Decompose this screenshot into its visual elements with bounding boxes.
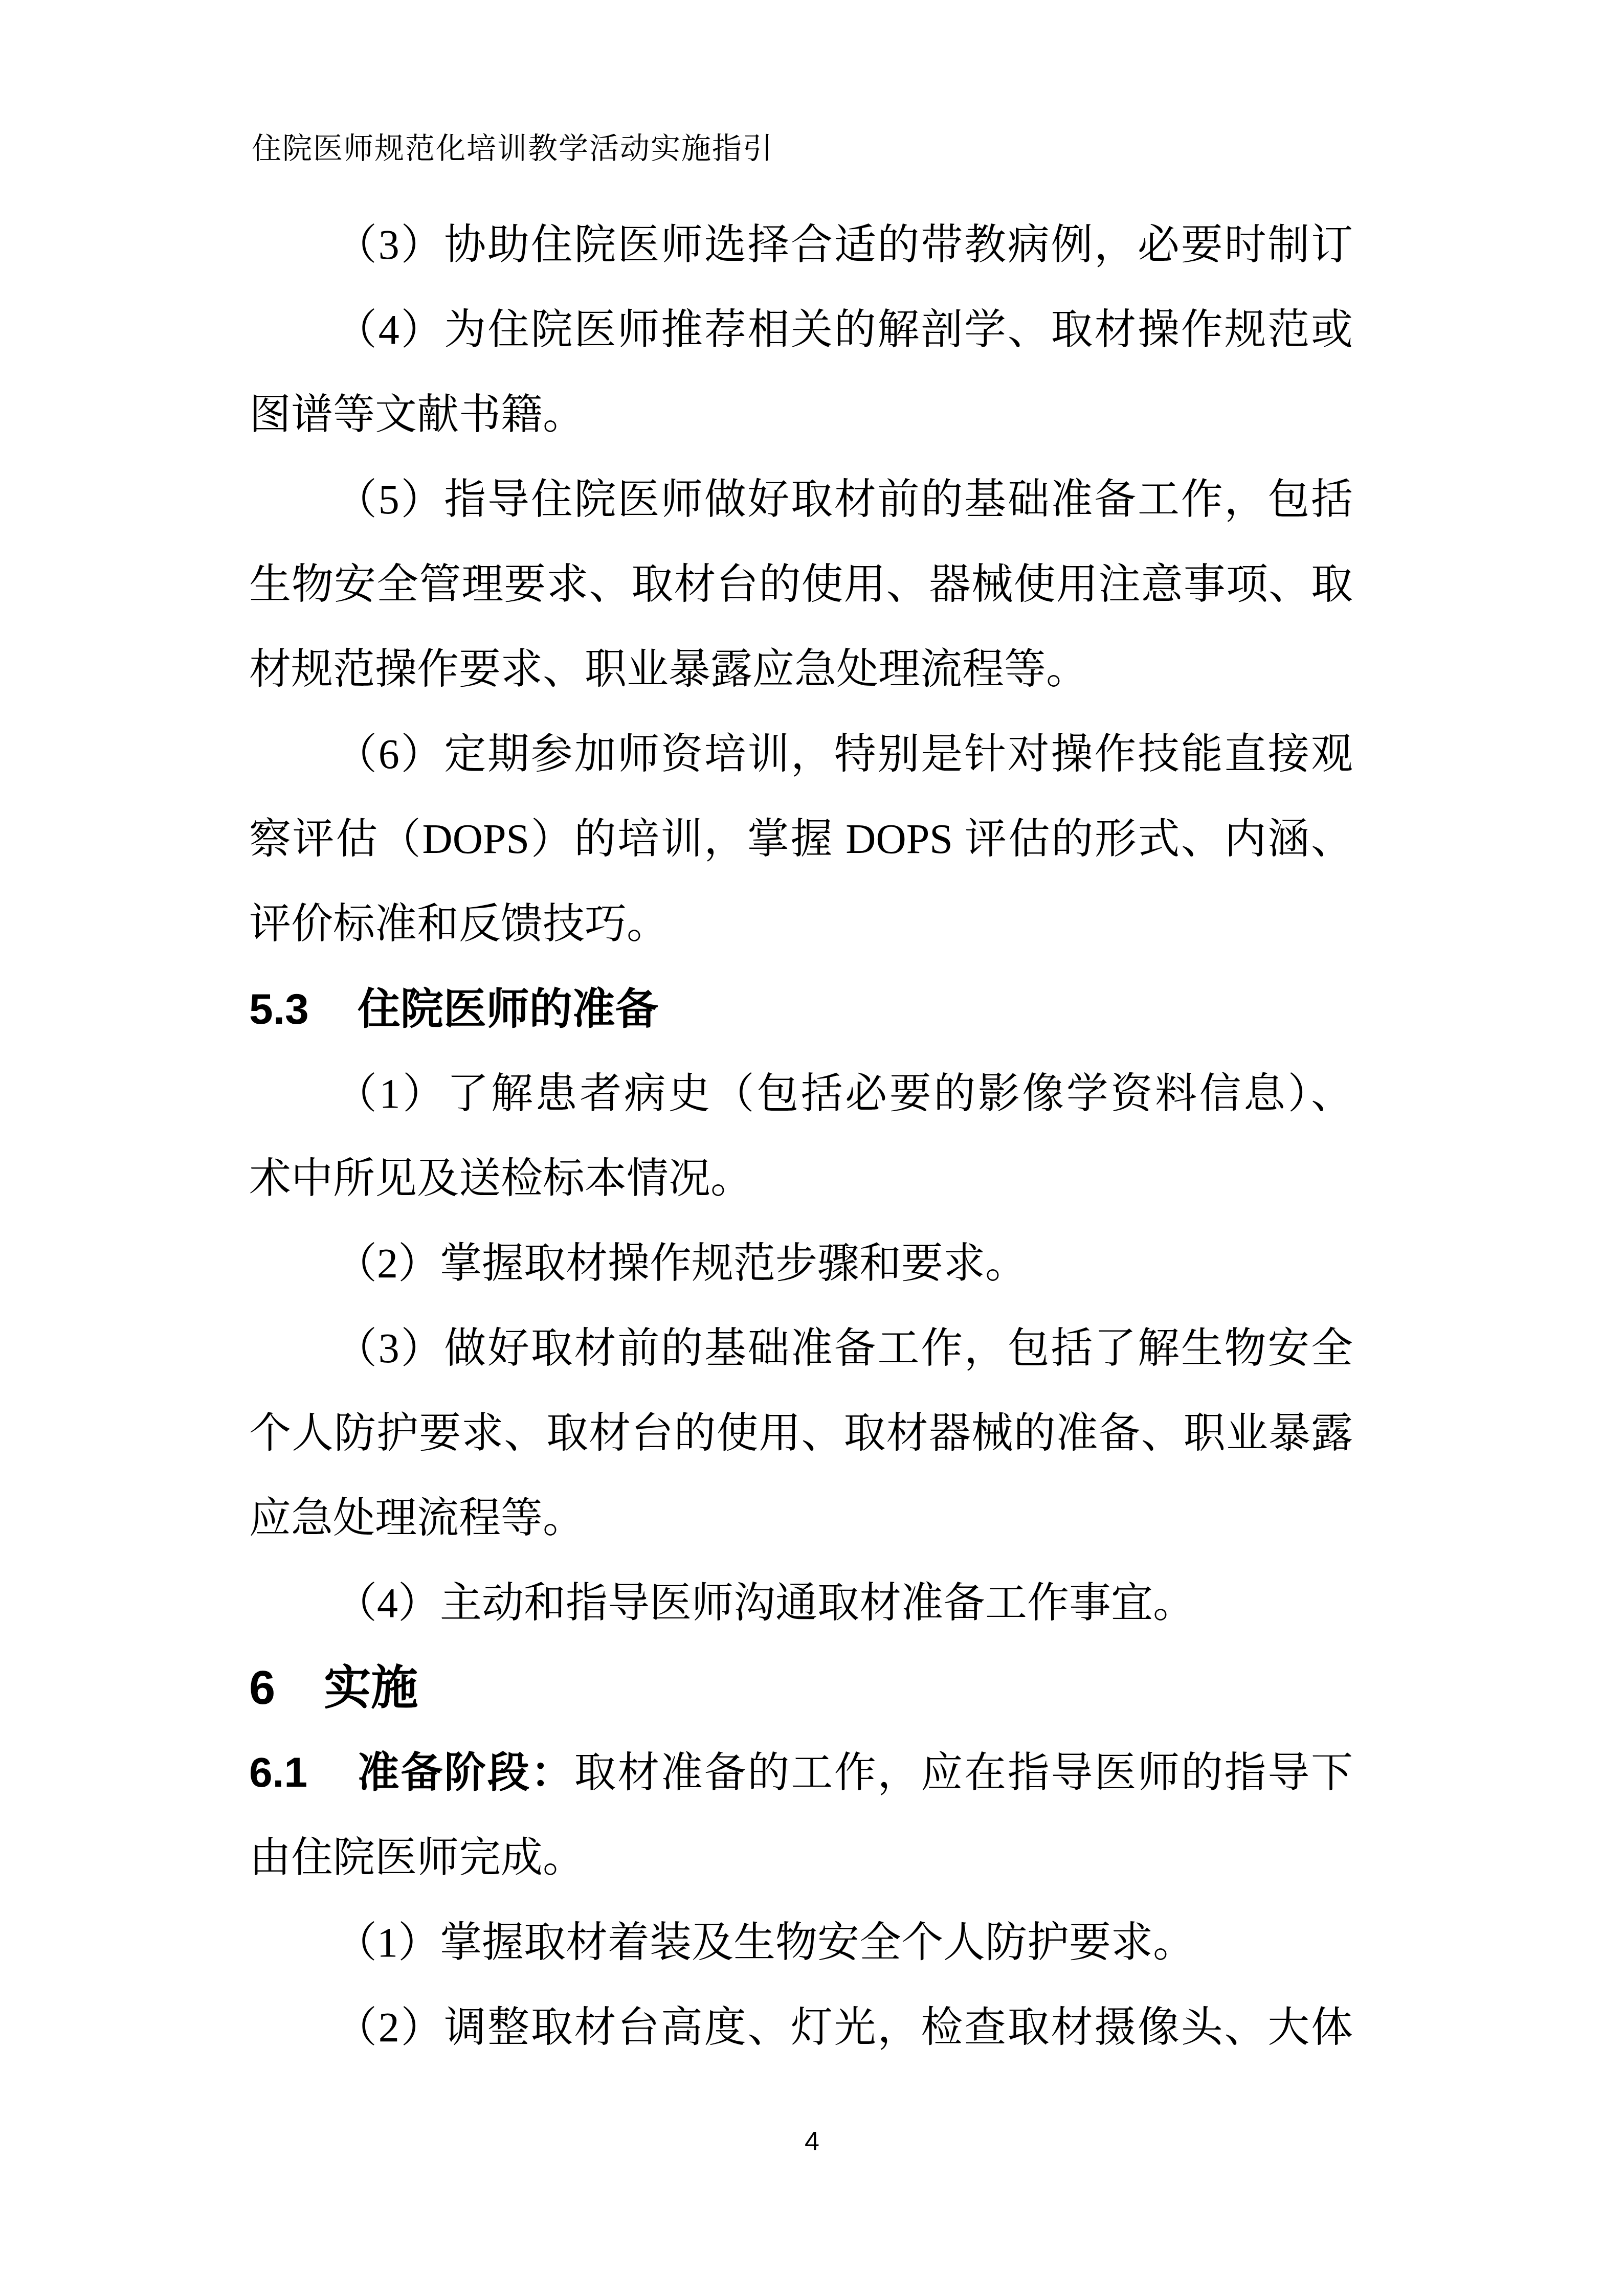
paragraph-line: （3）做好取材前的基础准备工作，包括了解生物安全	[249, 1306, 1353, 1391]
line-text: （1）了解患者病史（包括必要的影像学资料信息）、	[335, 1070, 1353, 1117]
paragraph-line: 术中所见及送检标本情况。	[249, 1136, 1353, 1221]
line-text: （5）指导住院医师做好取材前的基础准备工作，包括	[335, 476, 1353, 523]
section-heading-6-1: 6.1准备阶段：取材准备的工作，应在指导医师的指导下	[249, 1730, 1353, 1815]
line-text: 个人防护要求、取材台的使用、取材器械的准备、职业暴露	[249, 1410, 1353, 1456]
section-title: 实施	[324, 1662, 418, 1714]
paragraph-line: （6）定期参加师资培训，特别是针对操作技能直接观	[249, 712, 1353, 797]
line-text: 取材准备的工作，应在指导医师的指导下	[574, 1749, 1353, 1796]
line-text: （4）为住院医师推荐相关的解剖学、取材操作规范或	[335, 306, 1353, 353]
line-text: （2）掌握取材操作规范步骤和要求。	[335, 1240, 1027, 1287]
section-title: 住院医师的准备	[358, 986, 658, 1033]
line-text: 察评估（DOPS）的培训，掌握 DOPS 评估的形式、内涵、	[249, 816, 1353, 862]
paragraph-line: 个人防护要求、取材台的使用、取材器械的准备、职业暴露	[249, 1391, 1353, 1476]
paragraph-line: 图谱等文献书籍。	[249, 372, 1353, 457]
line-text: （6）定期参加师资培训，特别是针对操作技能直接观	[335, 731, 1353, 777]
line-text: （1）掌握取材着装及生物安全个人防护要求。	[335, 1919, 1195, 1966]
paragraph-line: 材规范操作要求、职业暴露应急处理流程等。	[249, 627, 1353, 712]
section-number: 5.3	[249, 985, 309, 1033]
paragraph-line: （3）协助住院医师选择合适的带教病例，必要时制订教案。	[249, 202, 1353, 287]
line-text: 由住院医师完成。	[249, 1834, 585, 1881]
paragraph-line: 察评估（DOPS）的培训，掌握 DOPS 评估的形式、内涵、	[249, 797, 1353, 882]
line-text: 应急处理流程等。	[249, 1495, 585, 1541]
line-text: 生物安全管理要求、取材台的使用、器械使用注意事项、取	[249, 561, 1353, 607]
line-text: 评价标准和反馈技巧。	[249, 901, 669, 947]
paragraph-line: （1）了解患者病史（包括必要的影像学资料信息）、	[249, 1051, 1353, 1136]
line-text: （3）做好取材前的基础准备工作，包括了解生物安全	[335, 1325, 1353, 1371]
paragraph-line: 生物安全管理要求、取材台的使用、器械使用注意事项、取	[249, 542, 1353, 627]
paragraph-line: 应急处理流程等。	[249, 1476, 1353, 1561]
line-text: 术中所见及送检标本情况。	[249, 1155, 752, 1202]
paragraph-line: （4）为住院医师推荐相关的解剖学、取材操作规范或	[249, 287, 1353, 372]
line-text: （3）协助住院医师选择合适的带教病例，必要时制订教案。	[249, 221, 1353, 287]
section-heading-5-3: 5.3住院医师的准备	[249, 966, 1353, 1051]
paragraph-line: （2）调整取材台高度、灯光，检查取材摄像头、大体	[249, 1985, 1353, 2070]
paragraph-line: （4）主动和指导医师沟通取材准备工作事宜。	[249, 1561, 1353, 1646]
page-number: 4	[0, 2126, 1624, 2157]
line-text: （4）主动和指导医师沟通取材准备工作事宜。	[335, 1580, 1195, 1626]
paragraph-line: 由住院医师完成。	[249, 1815, 1353, 1900]
line-text: （2）调整取材台高度、灯光，检查取材摄像头、大体	[335, 2004, 1353, 2051]
paragraph-line: （5）指导住院医师做好取材前的基础准备工作，包括	[249, 457, 1353, 542]
paragraph-line: （1）掌握取材着装及生物安全个人防护要求。	[249, 1900, 1353, 1985]
line-text: 材规范操作要求、职业暴露应急处理流程等。	[249, 646, 1088, 692]
section-number: 6.1	[249, 1749, 307, 1796]
section-heading-6: 6实施	[249, 1646, 1353, 1730]
paragraph-line: （2）掌握取材操作规范步骤和要求。	[249, 1221, 1353, 1306]
page-header: 住院医师规范化培训教学活动实施指引	[252, 124, 773, 167]
section-number: 6	[249, 1662, 275, 1714]
line-text: 图谱等文献书籍。	[249, 391, 585, 438]
document-body: （3）协助住院医师选择合适的带教病例，必要时制订教案。 （4）为住院医师推荐相关…	[249, 202, 1353, 2070]
paragraph-line: 评价标准和反馈技巧。	[249, 882, 1353, 966]
document-page: 住院医师规范化培训教学活动实施指引 （3）协助住院医师选择合适的带教病例，必要时…	[0, 0, 1624, 2296]
heading-lead-bold: 准备阶段：	[356, 1749, 574, 1796]
